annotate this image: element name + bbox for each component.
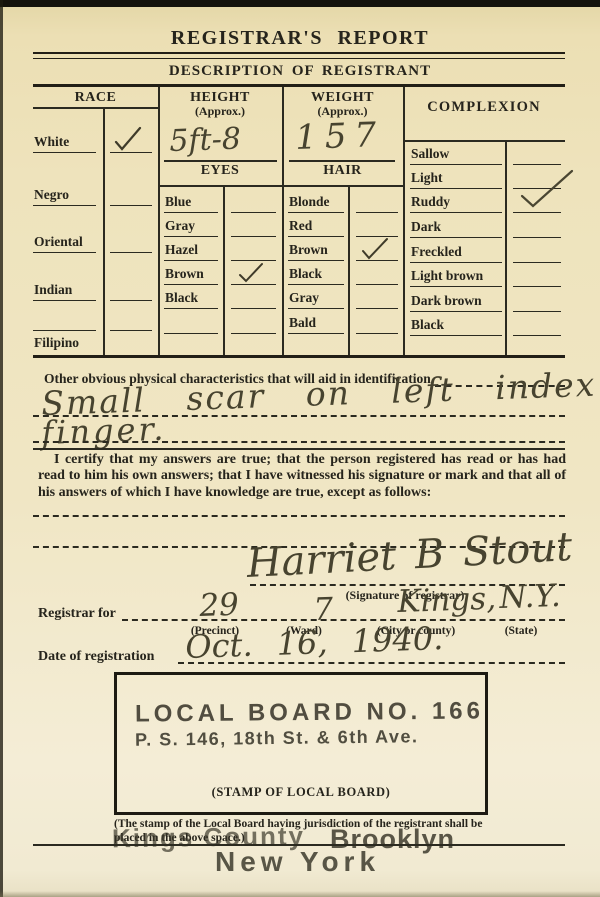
hair-checkcell-black — [356, 262, 398, 285]
complexion-checkcell-sallow — [513, 142, 561, 165]
identification-entry-line2: finger. — [41, 410, 167, 452]
precinct-value: 29 — [199, 587, 240, 624]
complexion-option-dark: Dark — [410, 215, 502, 238]
race-option-white: White — [33, 130, 96, 153]
scan-edge-top — [0, 0, 600, 7]
state-value: N.Y. — [499, 578, 562, 616]
complexion-check-divider — [505, 140, 507, 355]
check-icon — [237, 261, 265, 284]
race-option-negro: Negro — [33, 183, 96, 206]
hair-option-red: Red — [288, 214, 344, 237]
eyes-checkcell-blank — [231, 311, 276, 334]
height-value-rule — [164, 160, 277, 162]
table-top-rule — [33, 84, 565, 87]
race-option-blank — [33, 308, 96, 331]
race-check-divider — [103, 107, 105, 355]
race-checkcell-blank — [110, 308, 152, 331]
hair-option-blonde: Blonde — [288, 190, 344, 213]
weight-value-rule — [289, 160, 395, 162]
race-checkcell-negro — [110, 183, 152, 206]
complexion-option-sallow: Sallow — [410, 142, 502, 165]
hair-checkcell-red — [356, 214, 398, 237]
eyes-option-black: Black — [164, 286, 218, 309]
local-board-stamp-line1: LOCAL BOARD NO. 166 — [135, 697, 484, 728]
registrar-for-rule — [122, 619, 565, 621]
hair-checkcell-blonde — [356, 190, 398, 213]
complexion-header: COMPLEXION — [403, 99, 565, 116]
hair-option-gray: Gray — [288, 286, 344, 309]
height-value: 5ft-8 — [169, 122, 242, 159]
state-stamp: New York — [215, 846, 380, 878]
exception-rule-1 — [33, 515, 565, 517]
certify-top-rule — [33, 448, 565, 450]
eyes-check-divider — [223, 185, 225, 355]
date-value: Oct. 16, 1940. — [185, 619, 444, 666]
hair-header: HAIR — [282, 163, 403, 179]
local-board-stamp-line2: P. S. 146, 18th St. & 6th Ave. — [135, 726, 419, 750]
eyes-option-hazel: Hazel — [164, 238, 218, 261]
eyes-option-brown: Brown — [164, 262, 218, 285]
hair-option-brown: Brown — [288, 238, 344, 261]
state-label: (State) — [486, 625, 556, 637]
complexion-checkcell-dark — [513, 215, 561, 238]
check-icon — [112, 125, 144, 152]
hair-checkcell-gray — [356, 286, 398, 309]
complexion-checkcell-light-brown — [513, 264, 561, 287]
eyes-header: EYES — [158, 163, 282, 179]
local-board-stamp-box: LOCAL BOARD NO. 166 P. S. 146, 18th St. … — [114, 672, 488, 815]
complexion-option-black: Black — [410, 313, 502, 336]
check-icon — [514, 166, 576, 210]
complexion-option-freckled: Freckled — [410, 240, 502, 263]
race-checkcell-indian — [110, 278, 152, 301]
identification-rule-2 — [33, 441, 565, 443]
race-checkcell-oriental — [110, 230, 152, 253]
eyes-option-blank — [164, 311, 218, 334]
hair-check-divider — [348, 185, 350, 355]
registrar-report-card: REGISTRAR'S REPORT DESCRIPTION OF REGIST… — [0, 0, 600, 897]
eyes-checkcell-black — [231, 286, 276, 309]
city-value: Kings, — [397, 581, 497, 620]
complexion-option-light-brown: Light brown — [410, 264, 502, 287]
weight-value: 157 — [295, 115, 385, 158]
hair-option-black: Black — [288, 262, 344, 285]
complexion-option-dark-brown: Dark brown — [410, 289, 502, 312]
double-rule — [33, 52, 565, 59]
col-divider-height-weight — [282, 87, 284, 355]
date-of-registration-label: Date of registration — [38, 649, 154, 665]
stamp-box-caption: (STAMP OF LOCAL BOARD) — [117, 785, 485, 800]
complexion-option-ruddy: Ruddy — [410, 190, 502, 213]
race-option-filipino: Filipino — [33, 331, 96, 353]
eyes-checkcell-hazel — [231, 238, 276, 261]
section-title: DESCRIPTION OF REGISTRANT — [0, 63, 600, 80]
race-header-rule — [33, 107, 158, 109]
scan-edge-left — [0, 0, 3, 897]
col-divider-race-height — [158, 87, 160, 355]
height-approx-label: (Approx.) — [158, 104, 282, 119]
complexion-option-light: Light — [410, 166, 502, 189]
table-bottom-rule — [33, 355, 565, 358]
race-option-indian: Indian — [33, 278, 96, 301]
eyes-checkcell-blue — [231, 190, 276, 213]
registrar-for-label: Registrar for — [38, 606, 116, 622]
hair-checkcell-bald — [356, 311, 398, 334]
complexion-checkcell-dark-brown — [513, 289, 561, 312]
check-icon — [360, 236, 390, 261]
race-header: RACE — [33, 90, 158, 106]
certification-text: I certify that my answers are true; that… — [38, 452, 566, 501]
registrar-signature: Harriet B Stout — [246, 524, 574, 587]
eyes-header-rule — [158, 185, 282, 187]
complexion-checkcell-freckled — [513, 240, 561, 263]
page-title: REGISTRAR'S REPORT — [0, 27, 600, 50]
eyes-checkcell-gray — [231, 214, 276, 237]
col-divider-weight-complexion — [403, 87, 405, 355]
race-option-oriental: Oriental — [33, 230, 96, 253]
hair-option-bald: Bald — [288, 311, 344, 334]
hair-header-rule — [282, 185, 403, 187]
complexion-checkcell-black — [513, 313, 561, 336]
eyes-option-gray: Gray — [164, 214, 218, 237]
scan-edge-bottom — [0, 891, 600, 897]
eyes-option-blue: Blue — [164, 190, 218, 213]
